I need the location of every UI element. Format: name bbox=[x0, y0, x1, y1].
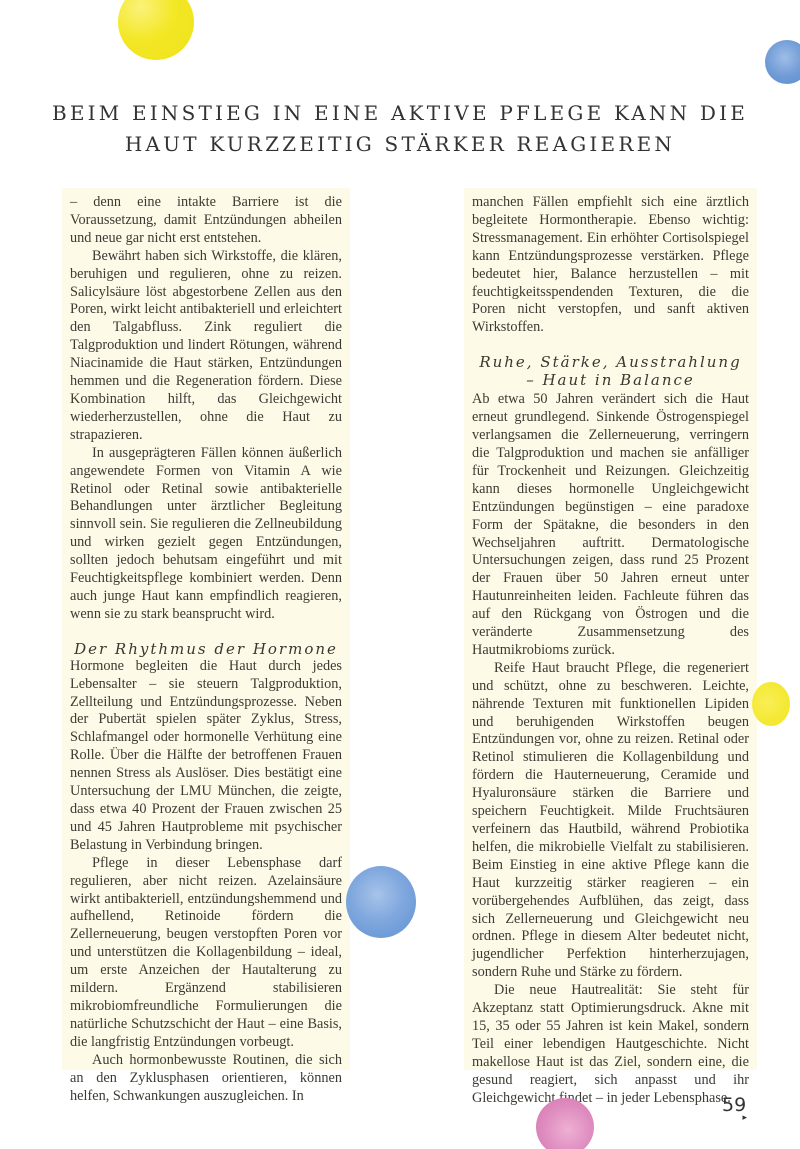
decorative-yellow-circle-top bbox=[118, 0, 194, 60]
section-subheading-hormones: Der Rhythmus der Hormone bbox=[70, 640, 342, 658]
section-subheading-balance: Ruhe, Stärke, Ausstrahlung – Haut in Bal… bbox=[472, 353, 749, 389]
paragraph: Reife Haut braucht Pflege, die regenerie… bbox=[472, 660, 749, 982]
paragraph: manchen Fällen empfiehlt sich eine ärztl… bbox=[472, 194, 749, 337]
headline-line-1: BEIM EINSTIEG IN EINE AKTIVE PFLEGE KANN… bbox=[52, 101, 748, 125]
decorative-yellow-circle-right bbox=[752, 682, 790, 726]
paragraph: Pflege in dieser Lebensphase darf reguli… bbox=[70, 855, 342, 1052]
paragraph: – denn eine intakte Barriere ist die Vor… bbox=[70, 194, 342, 248]
headline-line-2: HAUT KURZZEITIG STÄRKER REAGIEREN bbox=[125, 132, 675, 156]
page-headline: BEIM EINSTIEG IN EINE AKTIVE PFLEGE KANN… bbox=[40, 98, 760, 160]
final-paragraph-text: Die neue Hautrealität: Sie steht für Akz… bbox=[472, 982, 749, 1105]
paragraph: Auch hormonbewusste Routinen, die sich a… bbox=[70, 1052, 342, 1106]
decorative-pink-circle-bottom bbox=[536, 1098, 594, 1149]
right-text-column: manchen Fällen empfiehlt sich eine ärztl… bbox=[464, 188, 757, 1070]
paragraph-final: Die neue Hautrealität: Sie steht für Akz… bbox=[472, 982, 749, 1107]
decorative-blue-circle-middle bbox=[346, 866, 416, 938]
page-number: 59 bbox=[722, 1094, 746, 1116]
paragraph: Hormone begleiten die Haut durch jedes L… bbox=[70, 658, 342, 855]
decorative-blue-circle-top-right bbox=[765, 40, 800, 84]
paragraph: Ab etwa 50 Jahren verändert sich die Hau… bbox=[472, 391, 749, 660]
paragraph: Bewährt haben sich Wirkstoffe, die kläre… bbox=[70, 248, 342, 445]
paragraph: In ausgeprägteren Fällen können äußerlic… bbox=[70, 445, 342, 624]
left-text-column: – denn eine intakte Barriere ist die Vor… bbox=[62, 188, 350, 1070]
